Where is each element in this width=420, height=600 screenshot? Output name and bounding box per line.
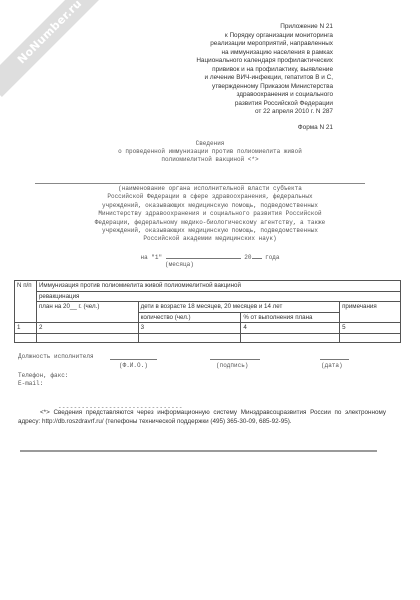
report-date-line: на "1" 20 года: [30, 252, 390, 261]
table-cell: [138, 333, 241, 342]
table-cell: [15, 333, 37, 342]
year-blank: [252, 252, 262, 259]
table-cell: [340, 333, 401, 342]
position-label: Должность исполнителя: [18, 353, 94, 360]
header-percent: % от выполнения плана: [241, 312, 340, 323]
date-caption: (дата): [321, 362, 343, 369]
date-prefix: на "1": [140, 254, 162, 261]
immunization-table: N п/п Иммунизация против полиомиелита жи…: [14, 280, 401, 343]
organization-fill-line: [35, 183, 365, 184]
signature-block: Должность исполнителя (Ф.И.О.) (подпись)…: [18, 353, 388, 360]
organization-caption-line: Российской академии медицинских наук): [30, 235, 390, 243]
header-count: количество (чел.): [138, 312, 241, 323]
name-caption: (Ф.И.О.): [119, 362, 148, 369]
signature-caption: (подпись): [216, 362, 248, 369]
phone-fax-label: Телефон, факс:: [18, 372, 68, 380]
month-blank: [166, 252, 241, 259]
organization-caption-line: Федерации, федеральному медико-биологиче…: [30, 219, 390, 227]
name-line: [110, 359, 157, 360]
organization-caption-line: Российской Федерации в сфере здравоохран…: [30, 193, 390, 201]
footnote-text: Сведения представляются через информацио…: [18, 409, 386, 425]
table-cell: [241, 333, 340, 342]
header-revaccination: ревакцинация: [36, 291, 400, 302]
header-plan: план на 20__ г. (чел.): [36, 302, 138, 323]
date-suffix: года: [265, 254, 279, 261]
annex-line: реализации мероприятий, направленных: [113, 40, 333, 49]
organization-caption-line: Министерству здравоохранения и социально…: [30, 210, 390, 218]
annex-line: к Порядку организации мониторинга: [113, 32, 333, 41]
form-number: Форма N 21: [298, 124, 333, 131]
annex-line: развития Российской Федерации: [113, 100, 333, 109]
annex-line: здравоохранения и социального: [113, 91, 333, 100]
header-children-age: дети в возрасте 18 месяцев, 20 месяцев и…: [138, 302, 339, 313]
year-prefix: 20: [244, 254, 251, 261]
column-number-row: 1 2 3 4 5: [15, 323, 401, 334]
title-line: Сведения: [30, 140, 390, 148]
header-notes: примечания: [340, 302, 401, 323]
table-row: [15, 333, 401, 342]
column-number: 1: [15, 323, 37, 334]
header-row-number: N п/п: [15, 281, 37, 323]
date-line: [320, 359, 349, 360]
table-cell: [36, 333, 138, 342]
watermark: NoNumber.ru: [0, 0, 115, 97]
organization-caption: (наименование органа исполнительной влас…: [30, 185, 390, 244]
annex-line: от 22 апреля 2010 г. N 287: [113, 108, 333, 117]
footnote-marker: <*>: [40, 409, 50, 416]
annex-line: и лечение ВИЧ-инфекции, гепатитов B и C,: [113, 74, 333, 83]
contacts-block: Телефон, факс: E-mail:: [18, 372, 68, 387]
document-title: Сведения о проведенной иммунизации проти…: [30, 140, 390, 164]
column-number: 3: [138, 323, 241, 334]
annex-line: утвержденному Приказом Министерства: [113, 83, 333, 92]
column-number: 2: [36, 323, 138, 334]
signature-line: [210, 359, 260, 360]
bottom-divider: [20, 450, 377, 452]
title-line: о проведенной иммунизации против полиоми…: [30, 148, 390, 156]
column-number: 4: [241, 323, 340, 334]
annex-line: Национального календаря профилактических: [113, 57, 333, 66]
month-caption: (месяца): [165, 261, 194, 268]
title-line: полиомиелитной вакциной <*>: [30, 156, 390, 164]
header-main: Иммунизация против полиомиелита живой по…: [36, 281, 400, 292]
annex-line: Приложение N 21: [113, 23, 333, 32]
annex-line: прививок и на профилактику, выявление: [113, 66, 333, 75]
footnote: <*> Сведения представляются через информ…: [18, 409, 386, 426]
email-label: E-mail:: [18, 380, 68, 388]
organization-caption-line: учреждений, оказывающих медицинскую помо…: [30, 227, 390, 235]
organization-caption-line: учреждений, оказывающих медицинскую помо…: [30, 202, 390, 210]
organization-caption-line: (наименование органа исполнительной влас…: [30, 185, 390, 193]
column-number: 5: [340, 323, 401, 334]
annex-line: на иммунизацию населения в рамках: [113, 49, 333, 58]
annex-header: Приложение N 21 к Порядку организации мо…: [113, 23, 333, 117]
